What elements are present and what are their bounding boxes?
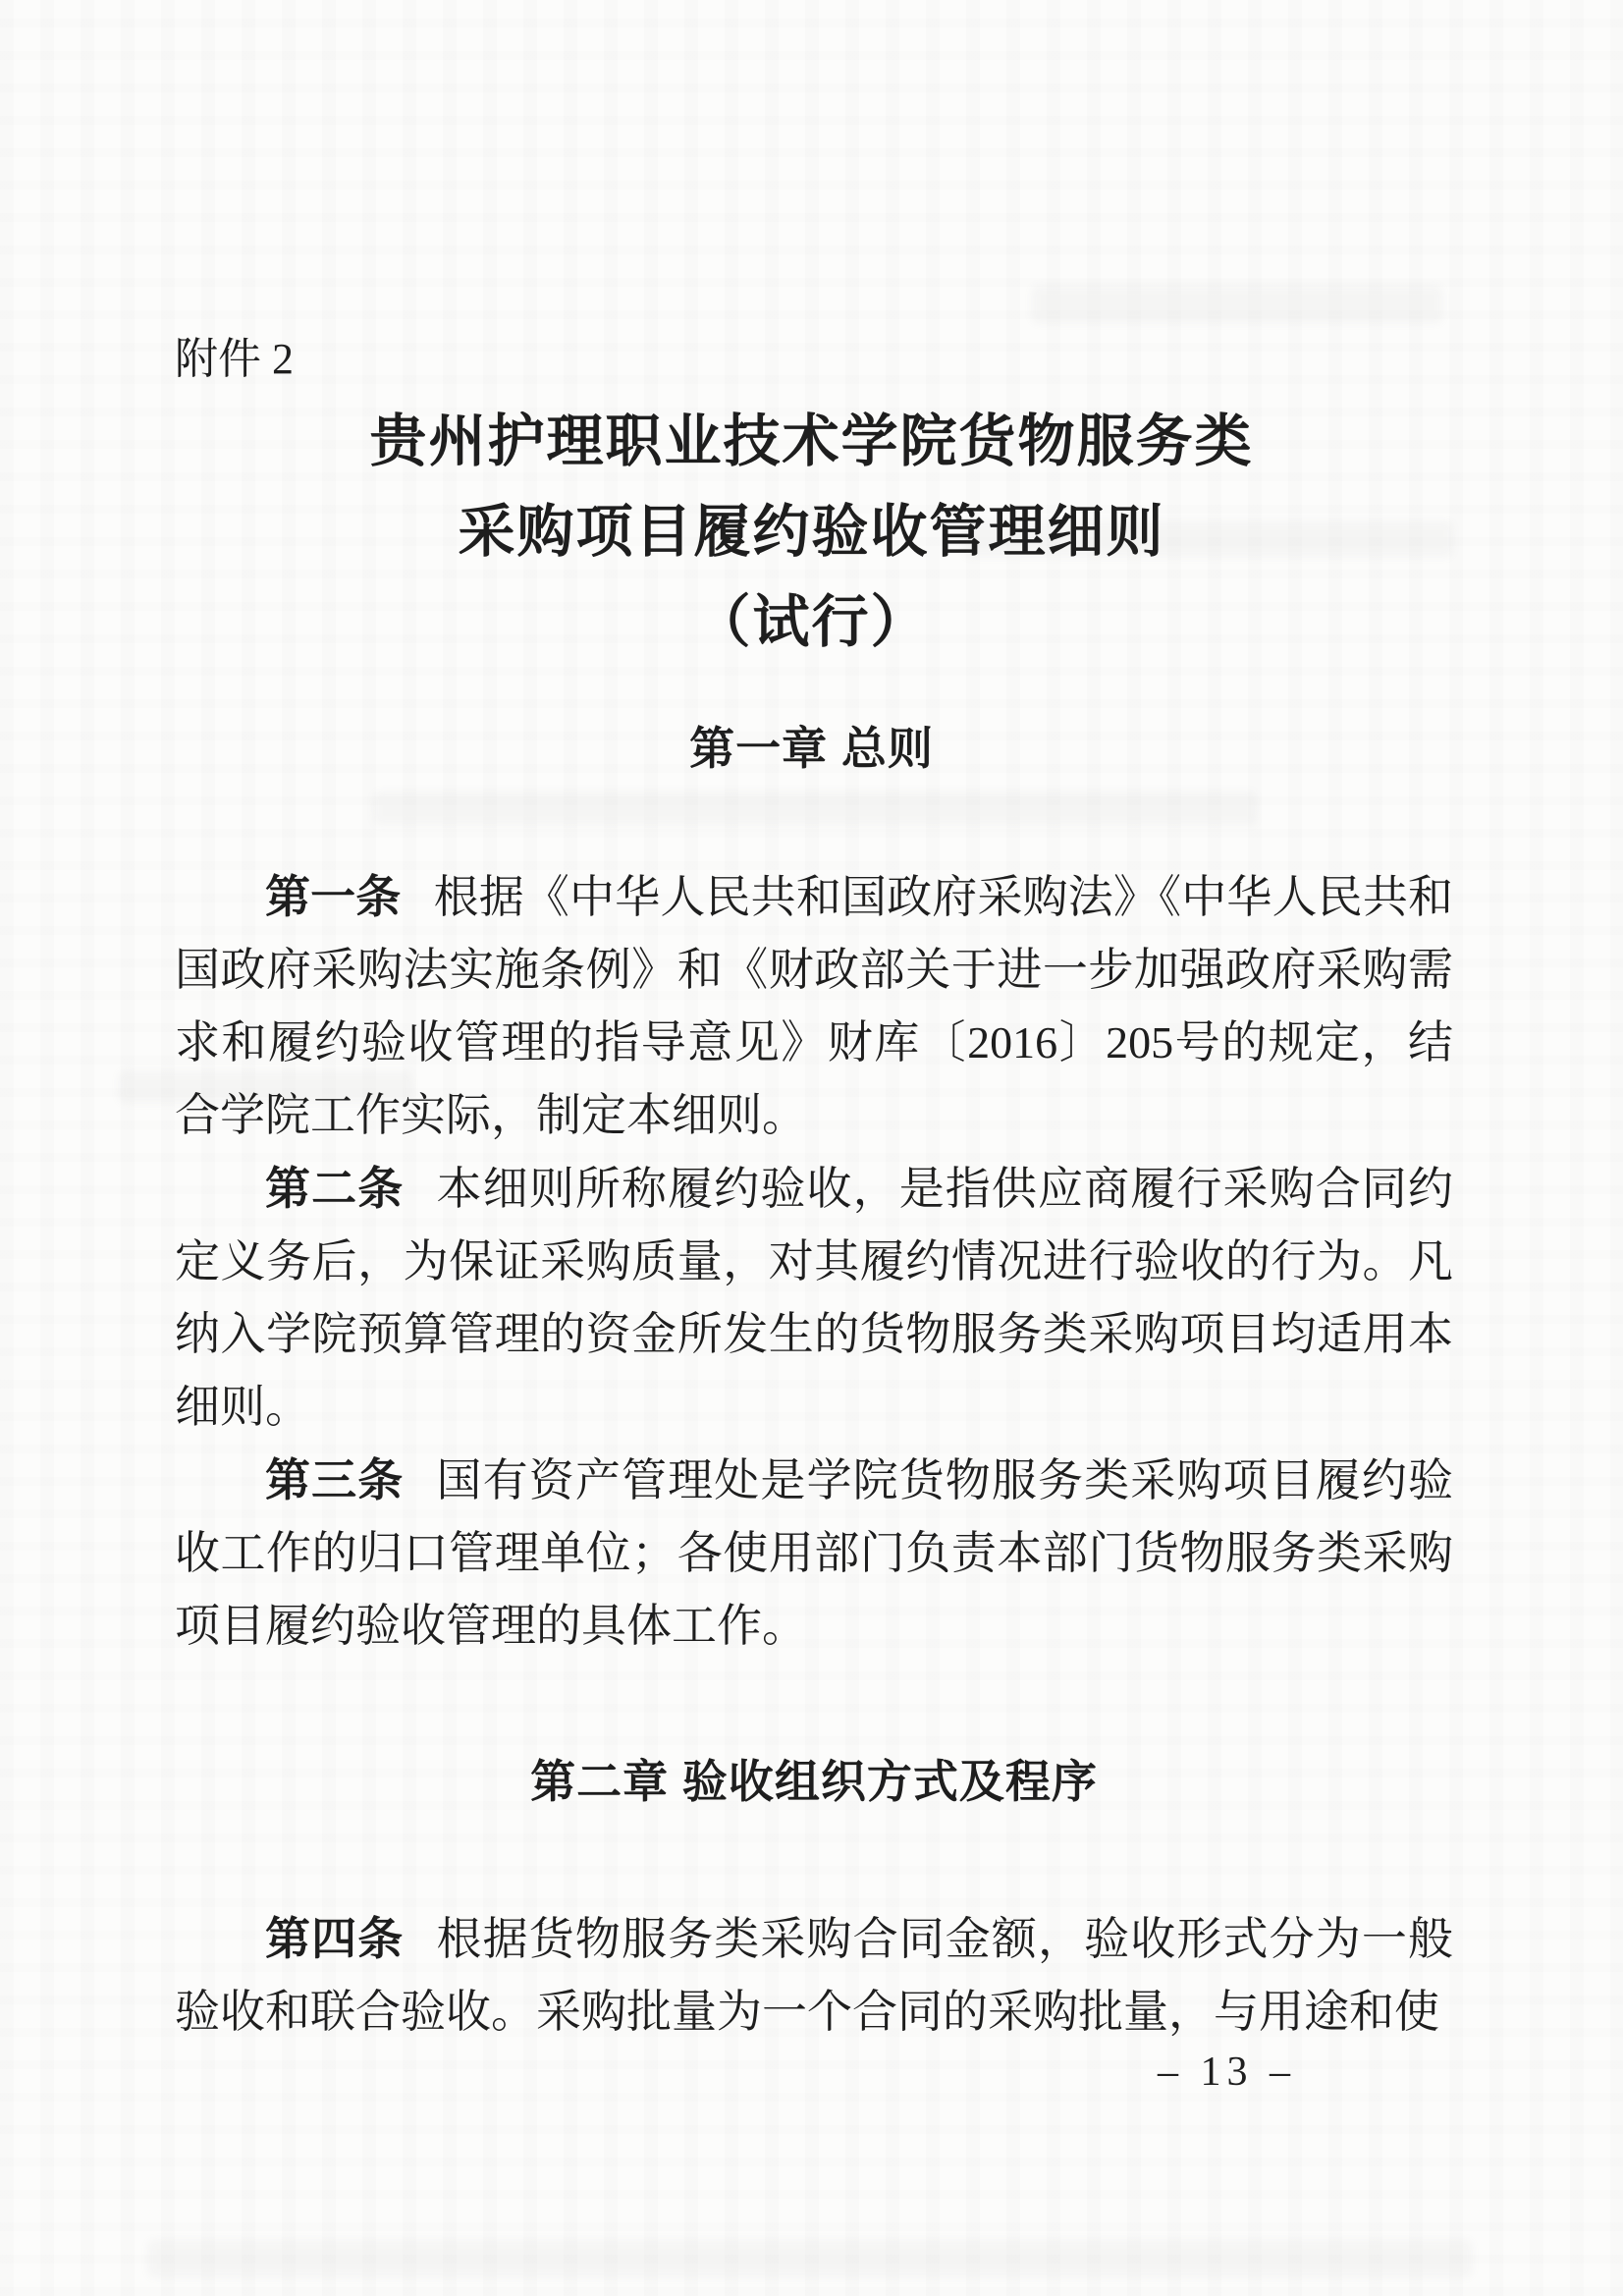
scan-artifact (373, 791, 1257, 826)
article-4: 第四条根据货物服务类采购合同金额，验收形式分为一般验收和联合验收。采购批量为一个… (175, 1902, 1453, 2049)
article-2-label: 第二条 (265, 1163, 404, 1214)
document-body: 第一条根据《中华人民共和国政府采购法》《中华人民共和国政府采购法实施条例》和《财… (175, 860, 1453, 2049)
article-1: 第一条根据《中华人民共和国政府采购法》《中华人民共和国政府采购法实施条例》和《财… (175, 860, 1453, 1152)
title-line-1: 贵州护理职业技术学院货物服务类 (0, 397, 1623, 487)
chapter-1-heading: 第一章 总则 (0, 712, 1623, 785)
article-1-label: 第一条 (265, 871, 401, 922)
article-3: 第三条国有资产管理处是学院货物服务类采购项目履约验收工作的归口管理单位；各使用部… (175, 1444, 1453, 1663)
scan-artifact (147, 2239, 1473, 2278)
document-title: 贵州护理职业技术学院货物服务类 采购项目履约验收管理细则 （试行） (0, 397, 1623, 668)
chapter-2-heading: 第二章 验收组织方式及程序 (175, 1745, 1453, 1818)
article-2: 第二条本细则所称履约验收，是指供应商履行采购合同约定义务后，为保证采购质量，对其… (175, 1152, 1453, 1444)
document-page: 附件 2 贵州护理职业技术学院货物服务类 采购项目履约验收管理细则 （试行） 第… (0, 0, 1623, 2296)
page-number: – 13 – (1158, 2048, 1296, 2097)
article-3-label: 第三条 (265, 1454, 404, 1505)
title-line-2: 采购项目履约验收管理细则 (0, 487, 1623, 577)
title-line-3: （试行） (0, 577, 1623, 668)
article-4-label: 第四条 (265, 1913, 404, 1964)
attachment-label: 附件 2 (175, 323, 294, 396)
scan-artifact (1031, 285, 1443, 324)
